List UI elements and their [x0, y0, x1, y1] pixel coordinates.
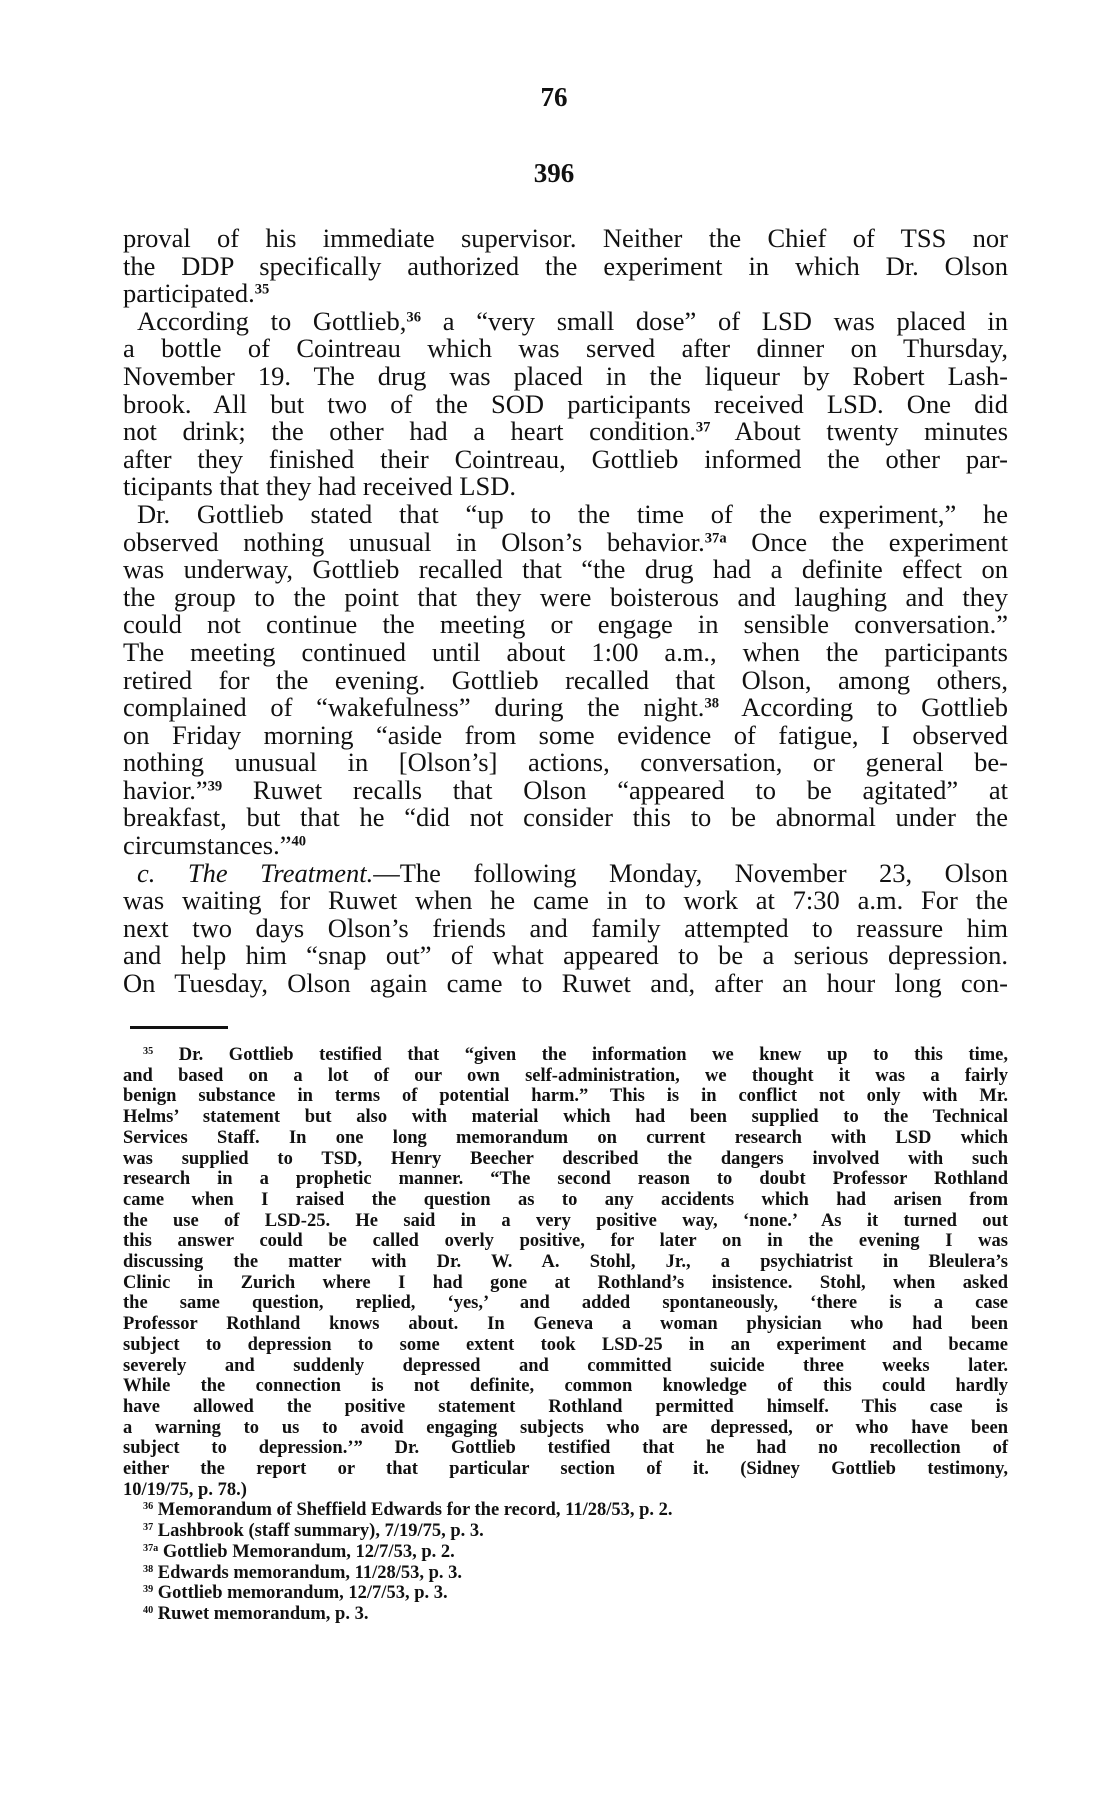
body-line: could not continue the meeting or engage… — [123, 611, 1008, 639]
footnote-line: While the connection is not definite, co… — [123, 1376, 1008, 1397]
body-line: brook. All but two of the SOD participan… — [123, 391, 1008, 419]
footnote-line: severely and suddenly depressed and comm… — [123, 1356, 1008, 1377]
body-line: On Tuesday, Olson again came to Ruwet an… — [123, 970, 1008, 998]
footnote-line: Services Staff. In one long memorandum o… — [123, 1128, 1008, 1149]
footnote-line: have allowed the positive statement Roth… — [123, 1397, 1008, 1418]
footnote-37a: 37a Gottlieb Memorandum, 12/7/53, p. 2. — [123, 1542, 1008, 1563]
body-line: November 19. The drug was placed in the … — [123, 363, 1008, 391]
footnote-line: the same question, replied, ‘yes,’ and a… — [123, 1293, 1008, 1314]
footnote-line: research in a prophetic manner. “The sec… — [123, 1169, 1008, 1190]
footnote-line: discussing the matter with Dr. W. A. Sto… — [123, 1252, 1008, 1273]
body-text: proval of his immediate supervisor. Neit… — [123, 225, 1008, 998]
footnote-line: subject to depression.’” Dr. Gottlieb te… — [123, 1438, 1008, 1459]
body-line: the group to the point that they were bo… — [123, 584, 1008, 612]
footnote-line: a warning to us to avoid engaging subjec… — [123, 1418, 1008, 1439]
footnotes: 35 Dr. Gottlieb testified that “given th… — [123, 1045, 1008, 1625]
footnote-ref-40[interactable]: 40 — [292, 833, 307, 849]
footnote-39: 39 Gottlieb memorandum, 12/7/53, p. 3. — [123, 1583, 1008, 1604]
page-number-original: 396 — [0, 158, 1108, 189]
footnote-40: 40 Ruwet memorandum, p. 3. — [123, 1604, 1008, 1625]
body-line: Dr. Gottlieb stated that “up to the time… — [123, 501, 1008, 529]
body-line: a bottle of Cointreau which was served a… — [123, 335, 1008, 363]
footnote-line: and based on a lot of our own self-admin… — [123, 1066, 1008, 1087]
footnote-line: benign substance in terms of potential h… — [123, 1086, 1008, 1107]
footnote-line: Professor Rothland knows about. In Genev… — [123, 1314, 1008, 1335]
body-line: on Friday morning “aside from some evide… — [123, 722, 1008, 750]
section-heading-line: c. The Treatment.—The following Monday, … — [123, 860, 1008, 888]
body-line: nothing unusual in [Olson’s] actions, co… — [123, 749, 1008, 777]
body-line: The meeting continued until about 1:00 a… — [123, 639, 1008, 667]
footnote-line: Clinic in Zurich where I had gone at Rot… — [123, 1273, 1008, 1294]
footnote-ref-37[interactable]: 37 — [696, 419, 711, 435]
body-line: havior.”39 Ruwet recalls that Olson “app… — [123, 777, 1008, 805]
footnote-ref-39[interactable]: 39 — [208, 778, 223, 794]
footnote-line: subject to depression to some extent too… — [123, 1335, 1008, 1356]
body-line: complained of “wakefulness” during the n… — [123, 694, 1008, 722]
page-number-top: 76 — [0, 82, 1108, 113]
footnote-line: the use of LSD-25. He said in a very pos… — [123, 1211, 1008, 1232]
footnote-36: 36 Memorandum of Sheffield Edwards for t… — [123, 1500, 1008, 1521]
body-line: after they finished their Cointreau, Got… — [123, 446, 1008, 474]
section-heading: c. The Treatment. — [137, 858, 373, 888]
body-line: breakfast, but that he “did not consider… — [123, 804, 1008, 832]
body-line: was waiting for Ruwet when he came in to… — [123, 887, 1008, 915]
footnote-ref-38[interactable]: 38 — [704, 695, 719, 711]
footnote-35-line: 35 Dr. Gottlieb testified that “given th… — [123, 1045, 1008, 1066]
footnote-line: was supplied to TSD, Henry Beecher descr… — [123, 1149, 1008, 1170]
body-line: was underway, Gottlieb recalled that “th… — [123, 556, 1008, 584]
footnote-marker-35: 35 — [143, 1046, 153, 1057]
footnote-line: either the report or that particular sec… — [123, 1459, 1008, 1480]
body-line: participated.35 — [123, 280, 1008, 308]
footnote-ref-35[interactable]: 35 — [255, 281, 270, 297]
footnote-38: 38 Edwards memorandum, 11/28/53, p. 3. — [123, 1563, 1008, 1584]
body-line: not drink; the other had a heart conditi… — [123, 418, 1008, 446]
body-line: observed nothing unusual in Olson’s beha… — [123, 529, 1008, 557]
footnote-line: came when I raised the question as to an… — [123, 1190, 1008, 1211]
body-line: ticipants that they had received LSD. — [123, 473, 1008, 501]
body-line: proval of his immediate supervisor. Neit… — [123, 225, 1008, 253]
footnote-divider — [130, 1026, 228, 1029]
footnote-37: 37 Lashbrook (staff summary), 7/19/75, p… — [123, 1521, 1008, 1542]
footnote-ref-37a[interactable]: 37a — [705, 530, 727, 546]
body-line: According to Gottlieb,36 a “very small d… — [123, 308, 1008, 336]
footnote-line: this answer could be called overly posit… — [123, 1231, 1008, 1252]
body-line: retired for the evening. Gottlieb recall… — [123, 667, 1008, 695]
body-line: next two days Olson’s friends and family… — [123, 915, 1008, 943]
footnote-line: 10/19/75, p. 78.) — [123, 1480, 1008, 1501]
body-line: the DDP specifically authorized the expe… — [123, 253, 1008, 281]
footnote-line: Helms’ statement but also with material … — [123, 1107, 1008, 1128]
body-line: and help him “snap out” of what appeared… — [123, 942, 1008, 970]
body-line: circumstances.”40 — [123, 832, 1008, 860]
footnote-ref-36[interactable]: 36 — [406, 309, 421, 325]
